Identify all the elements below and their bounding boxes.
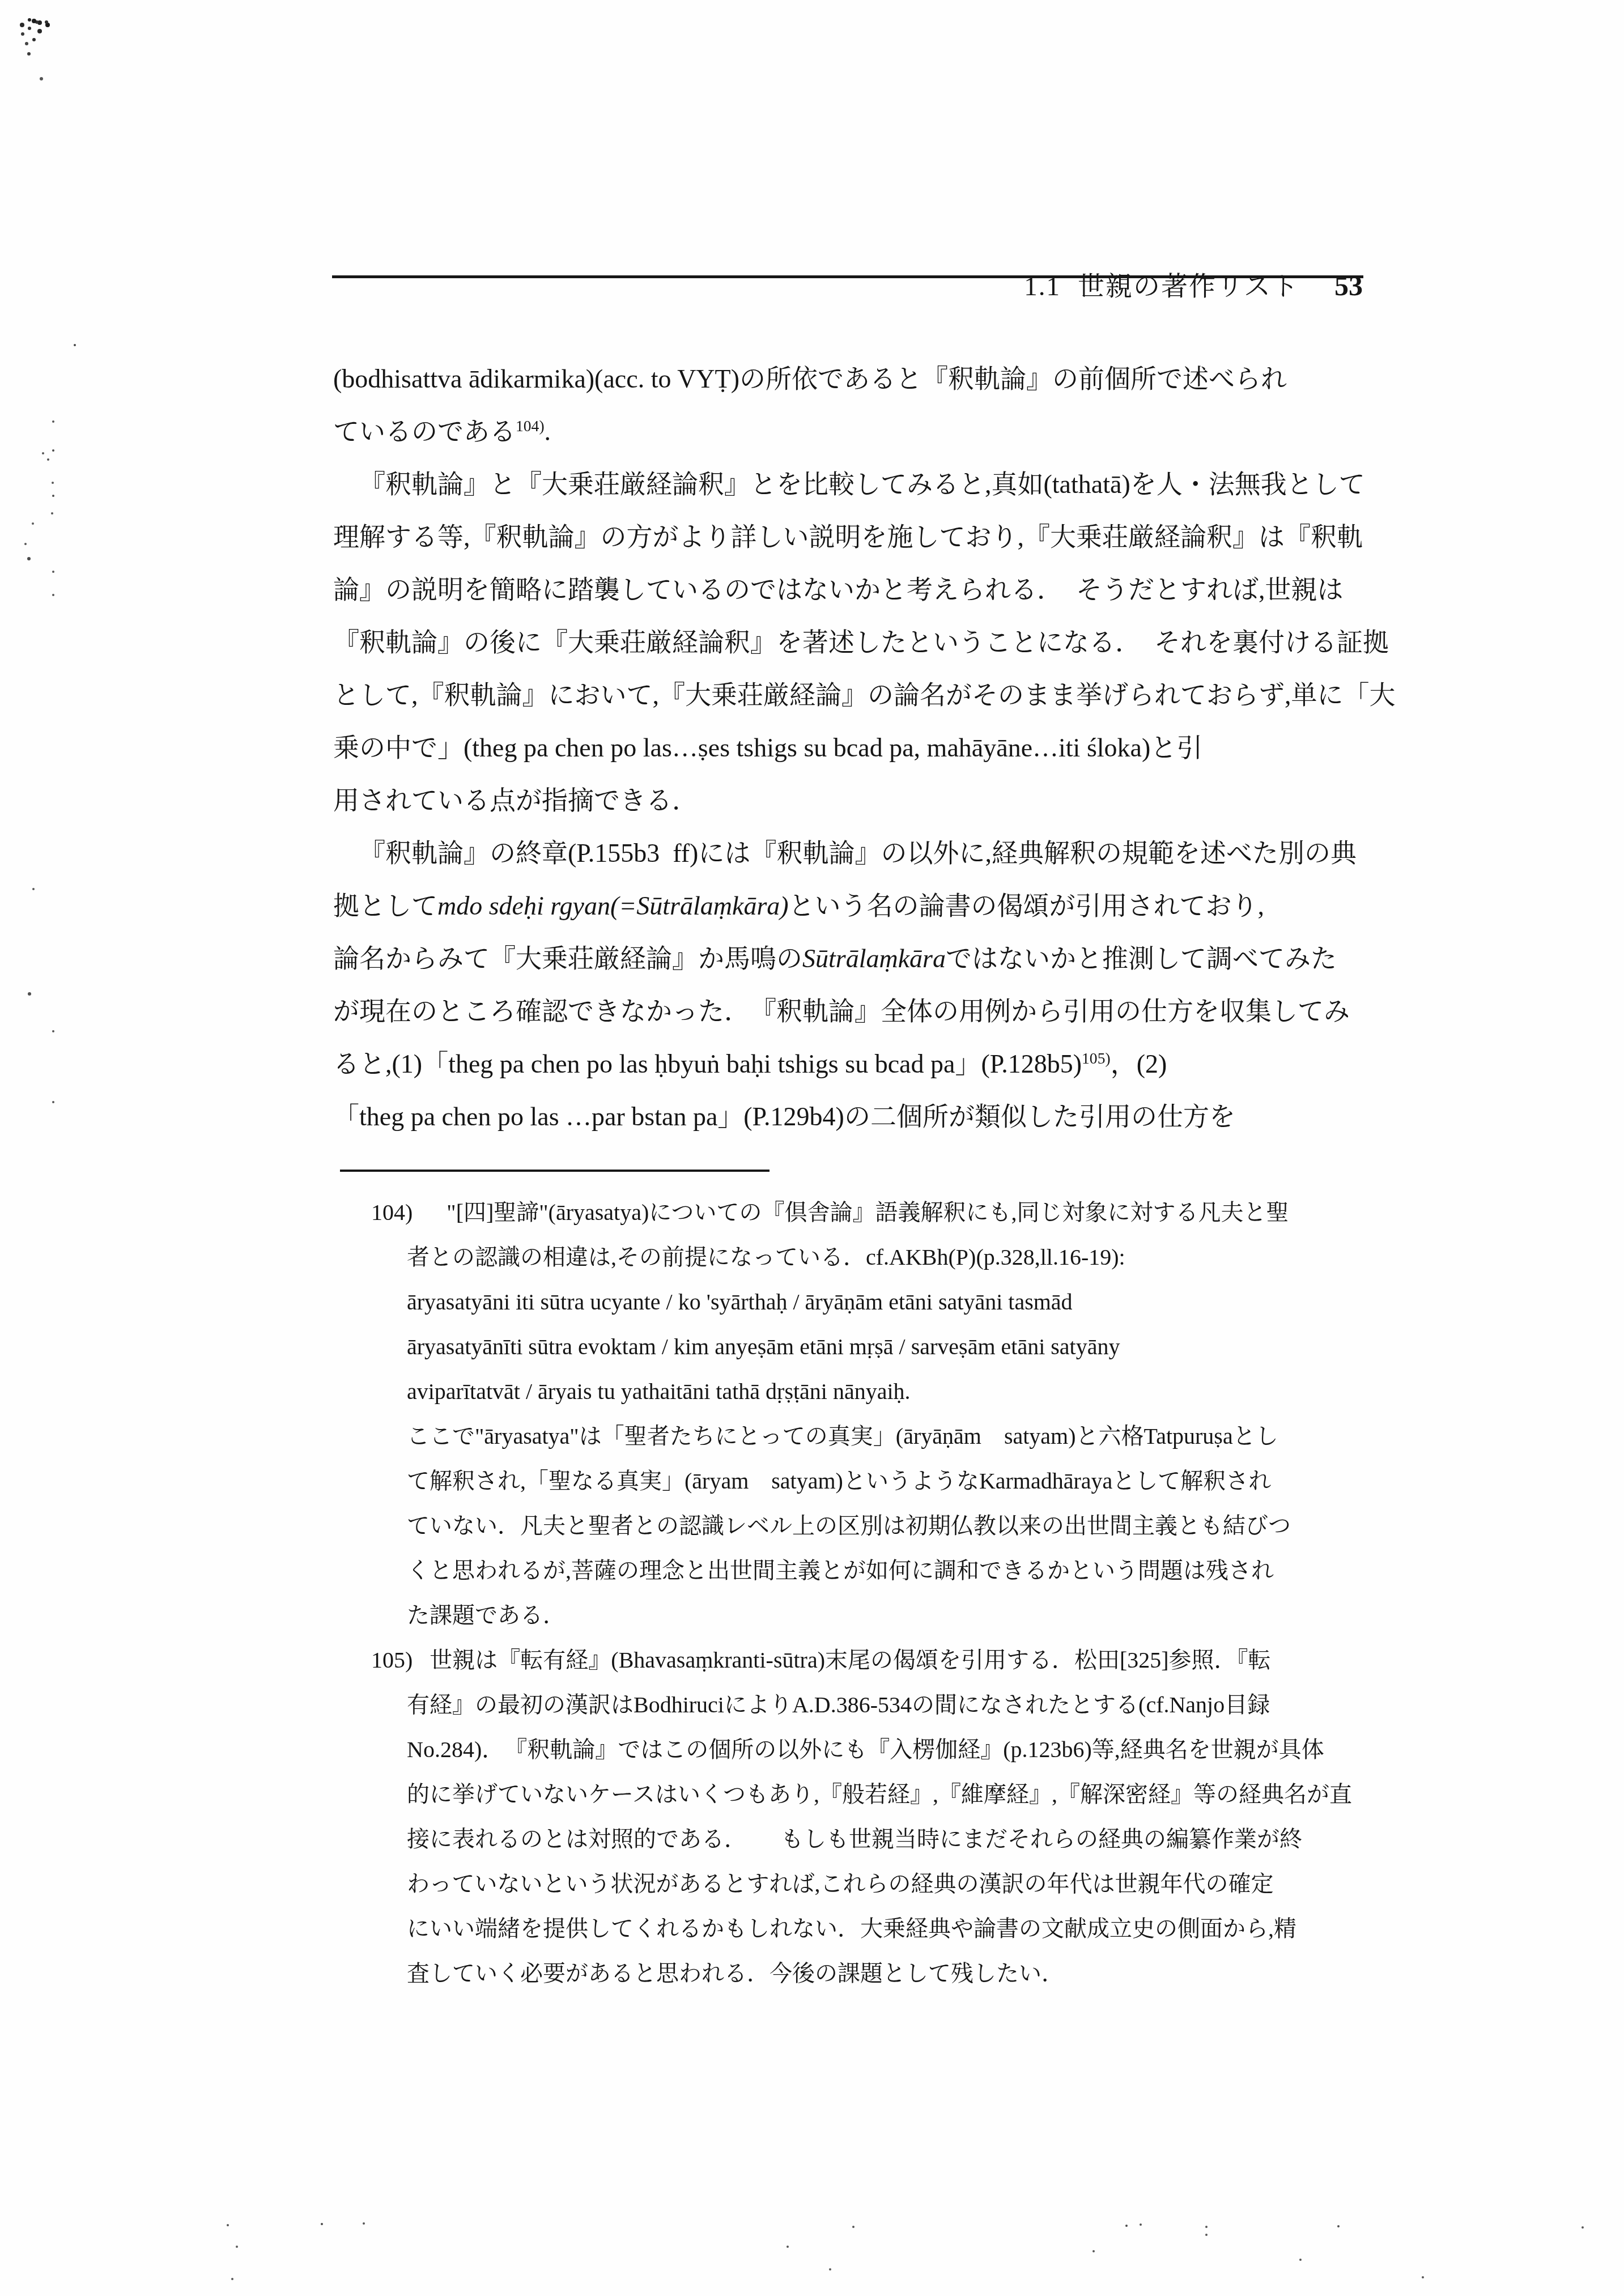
text-line: No.284)． 『釈軌論』ではこの個所の以外にも『入楞伽経』(p.123b6)…: [371, 1727, 1374, 1772]
text-line: 論』の説明を簡略に踏襲しているのではないかと考えられる． そうだとすれば,世親は: [333, 563, 1371, 616]
running-head: 1.1世親の著作リスト53: [0, 235, 1363, 334]
text-segment: が現在のところ確認できなかった． 『釈軌論』全体の用例から引用の仕方を収集してみ: [333, 997, 1350, 1026]
footnote-ref: 105): [1082, 1049, 1111, 1067]
text-segment: という名の論書の偈頌が引用されており,: [789, 891, 1265, 920]
body-text: (bodhisattva ādikarmika)(acc. to VYṬ)の所依…: [333, 352, 1371, 1143]
text-segment: くと思われるが,菩薩の理念と出世間主義とが如何に調和できるかという問題は残され: [407, 1558, 1274, 1583]
text-segment: 接に表れるのとは対照的である． もしも世親当時にまだそれらの経典の編纂作業が終: [407, 1826, 1302, 1852]
text-segment: mdo sdeḥi rgyan(=Sūtrālaṃkāra): [437, 891, 789, 920]
text-line: た課題である．: [371, 1593, 1374, 1638]
text-segment: 拠として: [333, 891, 437, 920]
text-segment: ているのである: [333, 417, 516, 446]
text-line: として,『釈軌論』において,『大乗荘厳経論』の論名がそのまま挙げられておらず,単…: [333, 669, 1371, 721]
text-line: 用されている点が指摘できる．: [333, 774, 1371, 827]
text-segment: (bodhisattva ādikarmika)(acc. to VYṬ)の所依…: [333, 364, 1287, 393]
text-segment: 乗の中で」(theg pa chen po las…ṣes tshigs su …: [333, 733, 1202, 762]
scan-noise-bottom: [0, 0, 2, 2]
text-segment: わっていないという状況があるとすれば,これらの経典の漢訳の年代は世親年代の確定: [407, 1871, 1274, 1897]
text-line: ているのである104).: [333, 405, 1371, 458]
text-line: 的に挙げていないケースはいくつもあり,『般若経』,『維摩経』,『解深密経』等の経…: [371, 1772, 1374, 1817]
text-segment: 査していく必要があると思われる．今後の課題として残したい．: [407, 1961, 1064, 1986]
text-segment: .: [545, 417, 551, 446]
text-line: 査していく必要があると思われる．今後の課題として残したい．: [371, 1951, 1374, 1996]
text-line: 拠としてmdo sdeḥi rgyan(=Sūtrālaṃkāra)という名の論…: [333, 879, 1371, 932]
text-segment: ていない．凡夫と聖者との認識レベル上の区別は初期仏教以来の出世間主義とも結びつ: [407, 1513, 1291, 1538]
text-segment: ここで"āryasatya"は「聖者たちにとっての真実」(āryāṇām sat…: [407, 1423, 1278, 1449]
text-line: ていない．凡夫と聖者との認識レベル上の区別は初期仏教以来の出世間主義とも結びつ: [371, 1503, 1374, 1548]
text-line: 104) "[四]聖諦"(āryasatya)についての『倶舎論』語義解釈にも,…: [371, 1190, 1374, 1235]
text-line: 『釈軌論』の後に『大乗荘厳経論釈』を著述したということになる． それを裏付ける証…: [333, 616, 1371, 669]
text-line: ると,(1)「theg pa chen po las ḥbyuṅ baḥi ts…: [333, 1038, 1371, 1090]
text-line: (bodhisattva ādikarmika)(acc. to VYṬ)の所依…: [333, 352, 1371, 405]
footnote-separator-rule: [340, 1170, 770, 1172]
text-segment: 者との認識の相違は,その前提になっている．cf.AKBh(P)(p.328,ll…: [407, 1244, 1125, 1270]
text-segment: 論』の説明を簡略に踏襲しているのではないかと考えられる． そうだとすれば,世親は: [333, 575, 1344, 604]
text-segment: た課題である．: [407, 1602, 566, 1628]
footnotes-block: 104) "[四]聖諦"(āryasatya)についての『倶舎論』語義解釈にも,…: [371, 1190, 1374, 1996]
footnote-ref: 104): [516, 417, 545, 435]
page-number: 53: [1334, 270, 1363, 301]
text-line: 有経』の最初の漢訳はBodhiruciによりA.D.386-534の間になされた…: [371, 1682, 1374, 1727]
text-segment: 論名からみて『大乗荘厳経論』か馬鳴の: [333, 944, 802, 973]
header-rule: [332, 275, 1363, 278]
text-segment: ではないかと推測して調べてみた: [946, 944, 1337, 973]
text-segment: No.284)． 『釈軌論』ではこの個所の以外にも『入楞伽経』(p.123b6)…: [407, 1737, 1324, 1762]
scanned-paper-page: 1.1世親の著作リスト53 (bodhisattva ādikarmika)(a…: [0, 0, 1624, 2296]
text-line: が現在のところ確認できなかった． 『釈軌論』全体の用例から引用の仕方を収集してみ: [333, 985, 1371, 1038]
text-line: 乗の中で」(theg pa chen po las…ṣes tshigs su …: [333, 721, 1371, 774]
text-segment: て解釈され,「聖なる真実」(āryam satyam)というようなKarmadh…: [407, 1468, 1271, 1494]
text-line: 論名からみて『大乗荘厳経論』か馬鳴のSūtrālaṃkāraではないかと推測して…: [333, 932, 1371, 985]
text-segment: 「theg pa chen po las …par bstan pa」(P.12…: [333, 1102, 1235, 1131]
text-line: ここで"āryasatya"は「聖者たちにとっての真実」(āryāṇām sat…: [371, 1414, 1374, 1459]
text-segment: āryasatyāni iti sūtra ucyante / ko 'syār…: [407, 1289, 1073, 1315]
text-line: 『釈軌論』の終章(P.155b3 ff)には『釈軌論』の以外に,経典解釈の規範を…: [333, 827, 1371, 879]
text-line: 理解する等,『釈軌論』の方がより詳しい説明を施しており,『大乗荘厳経論釈』は『釈…: [333, 511, 1371, 563]
text-line: 「theg pa chen po las …par bstan pa」(P.12…: [333, 1090, 1371, 1143]
text-segment: ると,(1)「theg pa chen po las ḥbyuṅ baḥi ts…: [333, 1049, 1082, 1078]
text-segment: 105) 世親は『転有経』(Bhavasaṃkranti-sūtra)末尾の偈頌…: [371, 1647, 1271, 1673]
text-line: āryasatyāni iti sūtra ucyante / ko 'syār…: [371, 1279, 1374, 1324]
text-segment: にいい端緒を提供してくれるかもしれない．大乗経典や論書の文献成立史の側面から,精: [407, 1916, 1296, 1941]
text-segment: aviparītatvāt / āryais tu yathaitāni tat…: [407, 1379, 911, 1404]
text-line: āryasatyānīti sūtra evoktam / kim anyeṣā…: [371, 1324, 1374, 1369]
text-segment: Sūtrālaṃkāra: [802, 944, 946, 973]
text-line: にいい端緒を提供してくれるかもしれない．大乗経典や論書の文献成立史の側面から,精: [371, 1906, 1374, 1951]
text-segment: 有経』の最初の漢訳はBodhiruciによりA.D.386-534の間になされた…: [407, 1692, 1270, 1717]
text-segment: 『釈軌論』の後に『大乗荘厳経論釈』を著述したということになる． それを裏付ける証…: [333, 628, 1389, 657]
text-line: aviparītatvāt / āryais tu yathaitāni tat…: [371, 1369, 1374, 1414]
text-line: 『釈軌論』と『大乗荘厳経論釈』とを比較してみると,真如(tathatā)を人・法…: [333, 458, 1371, 511]
text-line: 接に表れるのとは対照的である． もしも世親当時にまだそれらの経典の編纂作業が終: [371, 1817, 1374, 1861]
text-segment: 『釈軌論』の終章(P.155b3 ff)には『釈軌論』の以外に,経典解釈の規範を…: [359, 839, 1357, 868]
text-segment: āryasatyānīti sūtra evoktam / kim anyeṣā…: [407, 1334, 1120, 1359]
text-line: 者との認識の相違は,その前提になっている．cf.AKBh(P)(p.328,ll…: [371, 1235, 1374, 1279]
text-line: わっていないという状況があるとすれば,これらの経典の漢訳の年代は世親年代の確定: [371, 1861, 1374, 1906]
text-line: くと思われるが,菩薩の理念と出世間主義とが如何に調和できるかという問題は残され: [371, 1548, 1374, 1593]
text-line: 105) 世親は『転有経』(Bhavasaṃkranti-sūtra)末尾の偈頌…: [371, 1638, 1374, 1682]
text-segment: 104) "[四]聖諦"(āryasatya)についての『倶舎論』語義解釈にも,…: [371, 1200, 1289, 1225]
text-segment: として,『釈軌論』において,『大乗荘厳経論』の論名がそのまま挙げられておらず,単…: [333, 681, 1396, 709]
text-segment: 『釈軌論』と『大乗荘厳経論釈』とを比較してみると,真如(tathatā)を人・法…: [359, 470, 1365, 499]
text-segment: 用されている点が指摘できる．: [333, 786, 698, 815]
text-segment: ，(2): [1111, 1049, 1167, 1078]
text-segment: 理解する等,『釈軌論』の方がより詳しい説明を施しており,『大乗荘厳経論釈』は『釈…: [333, 522, 1363, 551]
text-segment: 的に挙げていないケースはいくつもあり,『般若経』,『維摩経』,『解深密経』等の経…: [407, 1781, 1352, 1807]
text-line: て解釈され,「聖なる真実」(āryam satyam)というようなKarmadh…: [371, 1459, 1374, 1503]
